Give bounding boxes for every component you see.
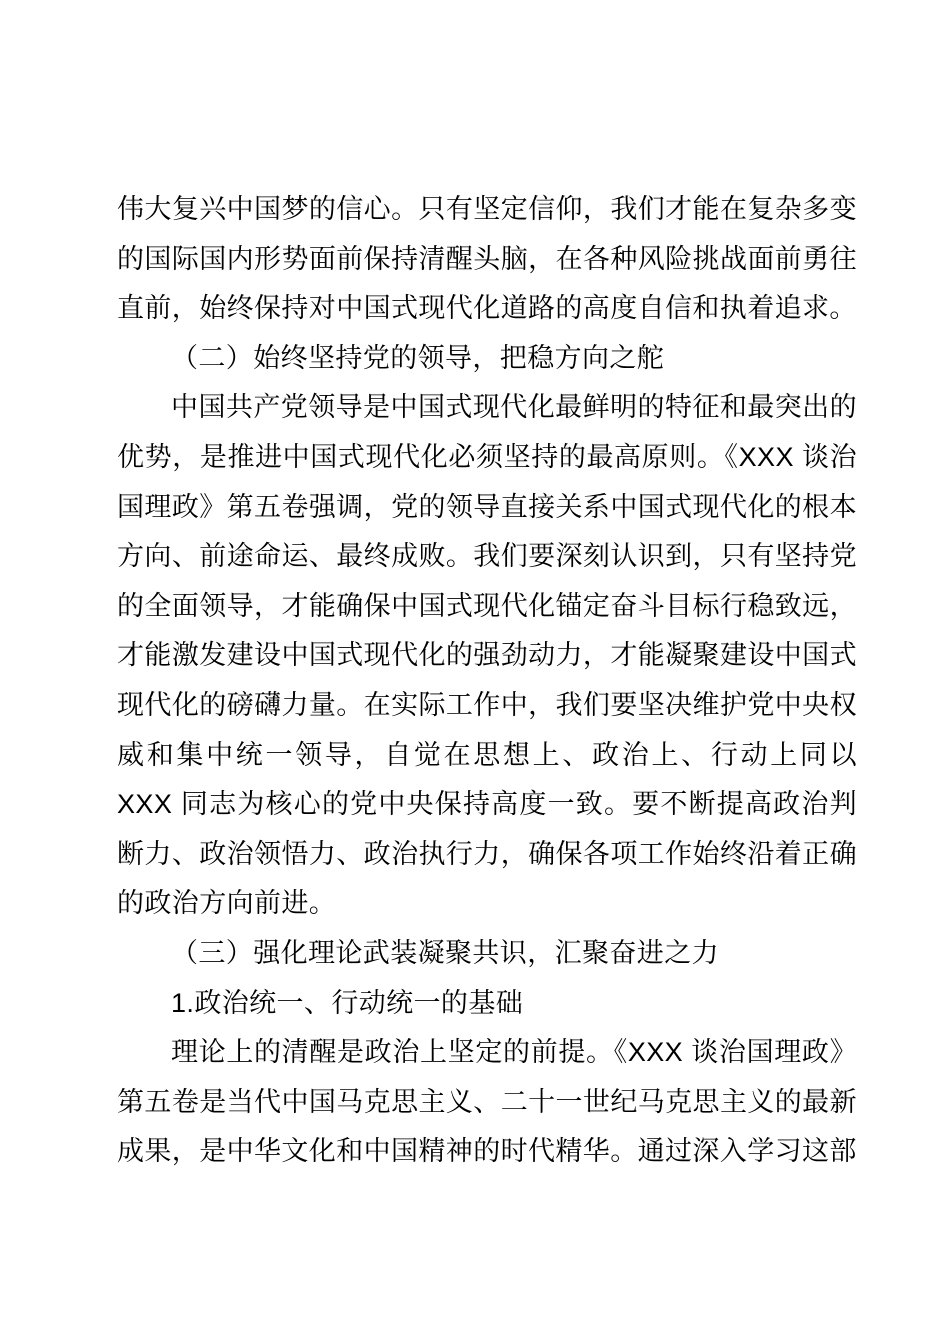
paragraph: 理论上的清醒是政治上坚定的前提。《XXX 谈治国理政》第五卷是当代中国马克思主义… xyxy=(117,1028,857,1177)
paragraph: 中国共产党领导是中国式现代化最鲜明的特征和最突出的优势，是推进中国式现代化必须坚… xyxy=(117,383,857,929)
document-page: 伟大复兴中国梦的信心。只有坚定信仰，我们才能在复杂多变的国际国内形势面前保持清醒… xyxy=(0,0,950,1344)
document-text-block: 伟大复兴中国梦的信心。只有坚定信仰，我们才能在复杂多变的国际国内形势面前保持清醒… xyxy=(117,185,857,1177)
section-heading: （三）强化理论武装凝聚共识，汇聚奋进之力 xyxy=(117,929,857,979)
paragraph-continuation: 伟大复兴中国梦的信心。只有坚定信仰，我们才能在复杂多变的国际国内形势面前保持清醒… xyxy=(117,185,857,334)
sub-heading: 1.政治统一、行动统一的基础 xyxy=(117,979,857,1029)
section-heading: （二）始终坚持党的领导，把稳方向之舵 xyxy=(117,334,857,384)
